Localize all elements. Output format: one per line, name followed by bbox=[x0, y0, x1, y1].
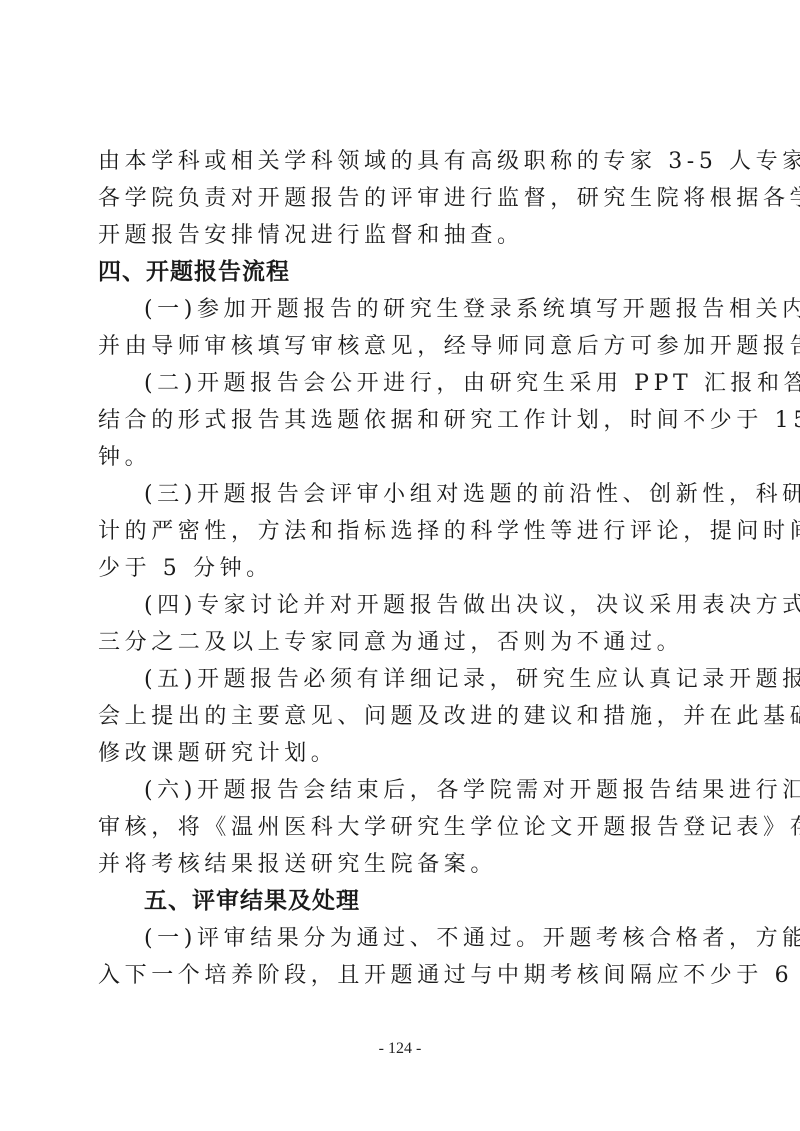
document-page: 由本学科或相关学科领域的具有高级职称的专家 3-5 人专家组成。 各学院负责对开… bbox=[0, 0, 800, 1131]
result-item-1-line-2: 入下一个培养阶段，且开题通过与中期考核间隔应不少于 6 个月。 bbox=[98, 961, 708, 991]
section-heading-5: 五、评审结果及处理 bbox=[144, 886, 754, 916]
paragraph-line: 各学院负责对开题报告的评审进行监督，研究生院将根据各学院 bbox=[98, 184, 708, 214]
item-3-line-3: 少于 5 分钟。 bbox=[98, 554, 708, 584]
item-2-line-1: (二)开题报告会公开进行，由研究生采用 PPT 汇报和答辩相 bbox=[144, 369, 754, 399]
item-1-line-1: (一)参加开题报告的研究生登录系统填写开题报告相关内容， bbox=[144, 295, 754, 325]
item-4-line-1: (四)专家讨论并对开题报告做出决议，决议采用表决方式， bbox=[144, 591, 754, 621]
item-5-line-2: 会上提出的主要意见、问题及改进的建议和措施，并在此基础上， bbox=[98, 702, 708, 732]
page-number: - 124 - bbox=[0, 1040, 800, 1058]
paragraph-line: 开题报告安排情况进行监督和抽查。 bbox=[98, 221, 708, 251]
result-item-1-line-1: (一)评审结果分为通过、不通过。开题考核合格者，方能进 bbox=[144, 924, 754, 954]
item-6-line-1: (六)开题报告会结束后，各学院需对开题报告结果进行汇总 bbox=[144, 776, 754, 806]
item-6-line-3: 并将考核结果报送研究生院备案。 bbox=[98, 850, 708, 880]
item-5-line-3: 修改课题研究计划。 bbox=[98, 739, 708, 769]
item-2-line-2: 结合的形式报告其选题依据和研究工作计划，时间不少于 15 分 bbox=[98, 406, 708, 436]
item-2-line-3: 钟。 bbox=[98, 443, 708, 473]
item-5-line-1: (五)开题报告必须有详细记录，研究生应认真记录开题报告 bbox=[144, 665, 754, 695]
section-heading-4: 四、开题报告流程 bbox=[98, 257, 708, 287]
item-3-line-2: 计的严密性，方法和指标选择的科学性等进行评论，提问时间不 bbox=[98, 517, 708, 547]
item-6-line-2: 审核，将《温州医科大学研究生学位论文开题报告登记表》存档， bbox=[98, 813, 708, 843]
item-1-line-2: 并由导师审核填写审核意见，经导师同意后方可参加开题报告会。 bbox=[98, 332, 708, 362]
paragraph-line: 由本学科或相关学科领域的具有高级职称的专家 3-5 人专家组成。 bbox=[98, 147, 708, 177]
item-3-line-1: (三)开题报告会评审小组对选题的前沿性、创新性，科研设 bbox=[144, 480, 754, 510]
item-4-line-2: 三分之二及以上专家同意为通过，否则为不通过。 bbox=[98, 628, 708, 658]
